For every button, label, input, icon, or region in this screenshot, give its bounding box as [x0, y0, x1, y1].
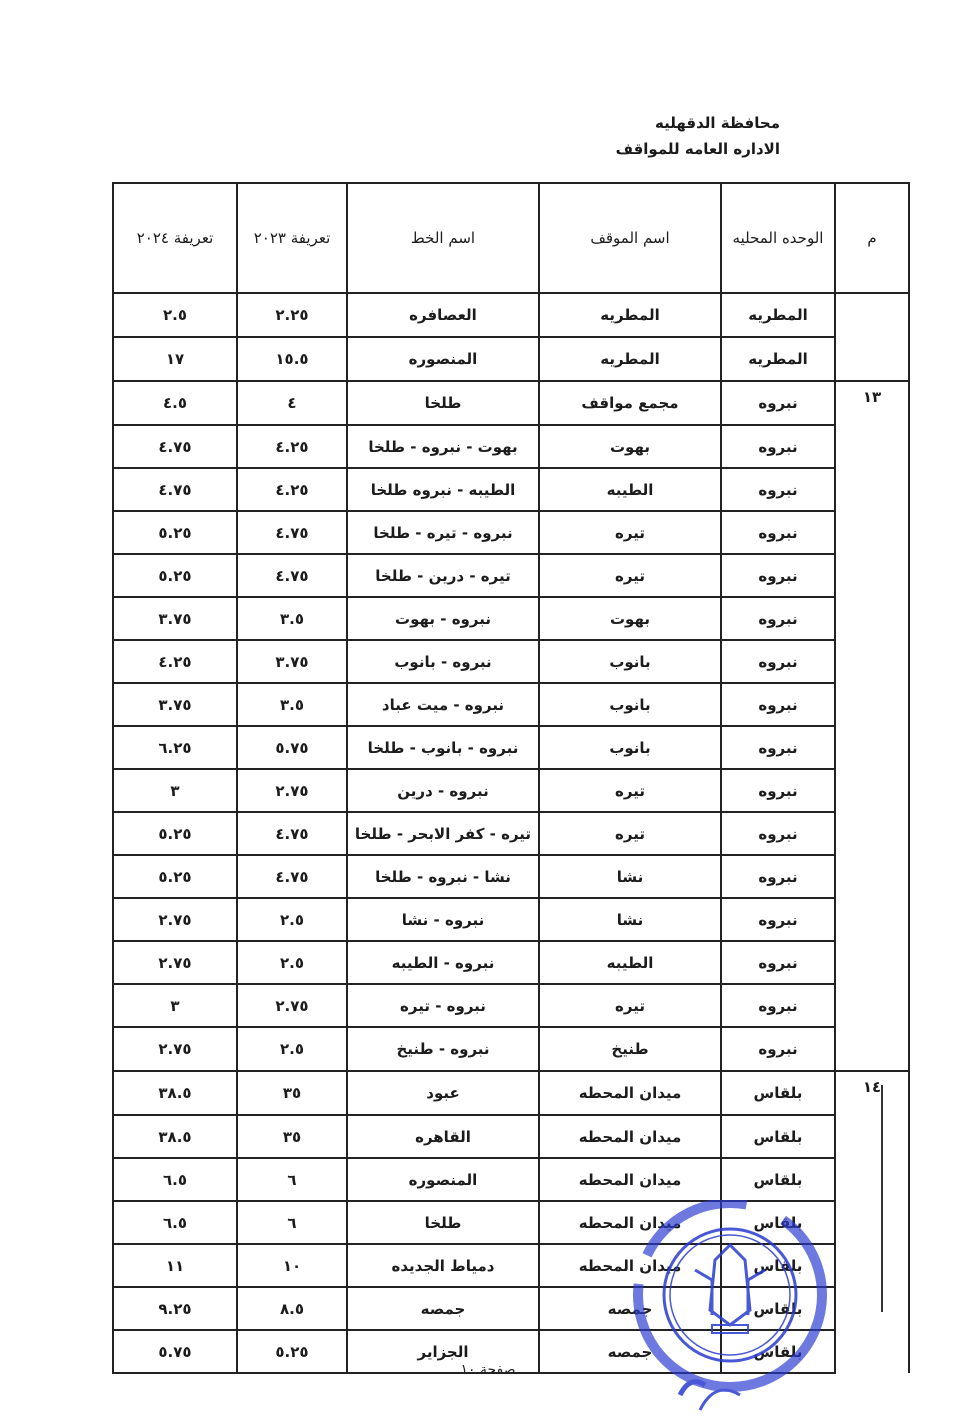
tariff-2024-cell: ٢.٧٥: [113, 941, 237, 984]
table-row: نبروهبانوبنبروه - بانوب٣.٧٥٤.٢٥: [113, 640, 909, 683]
page-number: صفحة ١٠: [0, 1362, 976, 1378]
local-unit-cell: نبروه: [721, 640, 835, 683]
row-number-cell: [835, 425, 909, 468]
tariff-2023-cell: ٣.٧٥: [237, 640, 347, 683]
table-row: بلقاسميدان المحطهطلخا٦٦.٥: [113, 1201, 909, 1244]
stop-name-cell: ميدان المحطه: [539, 1201, 721, 1244]
row-number-cell: [835, 640, 909, 683]
stop-name-cell: بانوب: [539, 683, 721, 726]
governorate-title: محافظة الدقهليه: [616, 110, 780, 136]
row-number-cell: [835, 984, 909, 1027]
tariff-2023-cell: ٤.٧٥: [237, 812, 347, 855]
col-header-line-name: اسم الخط: [347, 183, 539, 293]
stop-name-cell: المطريه: [539, 293, 721, 337]
table-row: نبروهبانوبنبروه - بانوب - طلخا٥.٧٥٦.٢٥: [113, 726, 909, 769]
line-name-cell: تيره - كفر الابحر - طلخا: [347, 812, 539, 855]
tariff-2023-cell: ٣.٥: [237, 597, 347, 640]
row-number-cell: [835, 683, 909, 726]
local-unit-cell: نبروه: [721, 984, 835, 1027]
stop-name-cell: بانوب: [539, 726, 721, 769]
tariff-2023-cell: ٤.٧٥: [237, 511, 347, 554]
line-name-cell: نبروه - نشا: [347, 898, 539, 941]
row-number-cell: ١٤: [835, 1071, 909, 1115]
col-header-local-unit: الوحده المحليه: [721, 183, 835, 293]
tariff-2023-cell: ٢.٥: [237, 941, 347, 984]
row-number-cell: [835, 812, 909, 855]
table-row: بلقاسميدان المحطهالمنصوره٦٦.٥: [113, 1158, 909, 1201]
stop-name-cell: تيره: [539, 511, 721, 554]
stop-name-cell: مجمع مواقف: [539, 381, 721, 425]
tariff-2023-cell: ٤.٧٥: [237, 554, 347, 597]
table-row: نبروهطنيخنبروه - طنيخ٢.٥٢.٧٥: [113, 1027, 909, 1071]
tariff-2024-cell: ٦.٥: [113, 1201, 237, 1244]
row-number-cell: [835, 855, 909, 898]
stop-name-cell: بهوت: [539, 597, 721, 640]
line-name-cell: نبروه - بانوب: [347, 640, 539, 683]
local-unit-cell: نبروه: [721, 683, 835, 726]
local-unit-cell: بلقاس: [721, 1158, 835, 1201]
row-number-cell: [835, 511, 909, 554]
table-header-row: م الوحده المحليه اسم الموقف اسم الخط تعر…: [113, 183, 909, 293]
line-name-cell: طلخا: [347, 1201, 539, 1244]
local-unit-cell: بلقاس: [721, 1201, 835, 1244]
row-number-cell: [835, 337, 909, 381]
tariff-2023-cell: ٨.٥: [237, 1287, 347, 1330]
stop-name-cell: تيره: [539, 984, 721, 1027]
line-name-cell: القاهره: [347, 1115, 539, 1158]
line-name-cell: نبروه - ميت عباد: [347, 683, 539, 726]
row-number-cell: ١٣: [835, 381, 909, 425]
tariff-2023-cell: ٢.٥: [237, 898, 347, 941]
stop-name-cell: تيره: [539, 769, 721, 812]
local-unit-cell: بلقاس: [721, 1244, 835, 1287]
stop-name-cell: جمصه: [539, 1287, 721, 1330]
local-unit-cell: نبروه: [721, 855, 835, 898]
stop-name-cell: المطريه: [539, 337, 721, 381]
stop-name-cell: بهوت: [539, 425, 721, 468]
tariff-2023-cell: ٥.٧٥: [237, 726, 347, 769]
stop-name-cell: ميدان المحطه: [539, 1158, 721, 1201]
row-number-cell: [835, 468, 909, 511]
local-unit-cell: المطريه: [721, 293, 835, 337]
tariff-2024-cell: ٣٨.٥: [113, 1115, 237, 1158]
line-name-cell: الطيبه - نبروه طلخا: [347, 468, 539, 511]
table-row: نبروهتيرهنبروه - درين٢.٧٥٣: [113, 769, 909, 812]
line-name-cell: عبود: [347, 1071, 539, 1115]
local-unit-cell: بلقاس: [721, 1071, 835, 1115]
row-number-cell: [835, 898, 909, 941]
tariff-2024-cell: ٣: [113, 984, 237, 1027]
tariff-2024-cell: ٥.٢٥: [113, 554, 237, 597]
stop-name-cell: طنيخ: [539, 1027, 721, 1071]
stop-name-cell: الطيبه: [539, 941, 721, 984]
line-name-cell: نبروه - طنيخ: [347, 1027, 539, 1071]
department-title: الاداره العامه للمواقف: [616, 136, 780, 162]
tariff-2023-cell: ٣٥: [237, 1071, 347, 1115]
line-name-cell: جمصه: [347, 1287, 539, 1330]
row-number-cell: [835, 293, 909, 337]
local-unit-cell: المطريه: [721, 337, 835, 381]
stop-name-cell: تيره: [539, 554, 721, 597]
local-unit-cell: نبروه: [721, 1027, 835, 1071]
tariff-2024-cell: ٣٨.٥: [113, 1071, 237, 1115]
local-unit-cell: نبروه: [721, 468, 835, 511]
row-number-cell: [835, 1158, 909, 1201]
tariff-2024-cell: ٦.٥: [113, 1158, 237, 1201]
tariff-2024-cell: ٢.٥: [113, 293, 237, 337]
tariff-2024-cell: ٣: [113, 769, 237, 812]
row-number-cell: [835, 1201, 909, 1244]
row-number-cell: [835, 1115, 909, 1158]
stop-name-cell: ميدان المحطه: [539, 1071, 721, 1115]
line-name-cell: بهوت - نبروه - طلخا: [347, 425, 539, 468]
table-row: نبروهتيرهتيره - درين - طلخا٤.٧٥٥.٢٥: [113, 554, 909, 597]
tariff-2024-cell: ٩.٢٥: [113, 1287, 237, 1330]
stop-name-cell: تيره: [539, 812, 721, 855]
local-unit-cell: نبروه: [721, 769, 835, 812]
line-name-cell: العصافره: [347, 293, 539, 337]
tariff-2023-cell: ٣.٥: [237, 683, 347, 726]
tariff-2023-cell: ٤.٢٥: [237, 468, 347, 511]
table-row: نبروهبهوتنبروه - بهوت٣.٥٣.٧٥: [113, 597, 909, 640]
tariff-2024-cell: ٦.٢٥: [113, 726, 237, 769]
stop-name-cell: بانوب: [539, 640, 721, 683]
col-header-number: م: [835, 183, 909, 293]
row-number-cell: [835, 941, 909, 984]
line-name-cell: نبروه - درين: [347, 769, 539, 812]
tariff-2024-cell: ٤.٧٥: [113, 468, 237, 511]
table-row: المطريهالمطريهالمنصوره١٥.٥١٧: [113, 337, 909, 381]
row-number-cell: [835, 726, 909, 769]
table-row: بلقاسميدان المحطهدمياط الجديده١٠١١: [113, 1244, 909, 1287]
row-number-cell: [835, 554, 909, 597]
tariff-2023-cell: ٢.٥: [237, 1027, 347, 1071]
line-name-cell: تيره - درين - طلخا: [347, 554, 539, 597]
tariff-2023-cell: ٤.٧٥: [237, 855, 347, 898]
local-unit-cell: نبروه: [721, 511, 835, 554]
col-header-tariff-2023: تعريفة ٢٠٢٣: [237, 183, 347, 293]
tariff-2023-cell: ٢.٧٥: [237, 769, 347, 812]
local-unit-cell: نبروه: [721, 726, 835, 769]
tariff-2023-cell: ١٥.٥: [237, 337, 347, 381]
local-unit-cell: نبروه: [721, 898, 835, 941]
tariff-2023-cell: ٤.٢٥: [237, 425, 347, 468]
tariff-2024-cell: ١٧: [113, 337, 237, 381]
tariff-2023-cell: ٣٥: [237, 1115, 347, 1158]
tariff-2023-cell: ٢.٧٥: [237, 984, 347, 1027]
stop-name-cell: ميدان المحطه: [539, 1244, 721, 1287]
table-row: نبروهتيرهنبروه - تيره٢.٧٥٣: [113, 984, 909, 1027]
line-name-cell: نبروه - تيره: [347, 984, 539, 1027]
line-name-cell: نشا - نبروه - طلخا: [347, 855, 539, 898]
row-number-cell: [835, 1287, 909, 1330]
line-name-cell: نبروه - بهوت: [347, 597, 539, 640]
tariff-2023-cell: ٤: [237, 381, 347, 425]
tariff-2023-cell: ٦: [237, 1158, 347, 1201]
table-row: ١٤بلقاسميدان المحطهعبود٣٥٣٨.٥: [113, 1071, 909, 1115]
line-name-cell: نبروه - الطيبه: [347, 941, 539, 984]
table-row: نبروهنشانشا - نبروه - طلخا٤.٧٥٥.٢٥: [113, 855, 909, 898]
stop-name-cell: نشا: [539, 855, 721, 898]
document-header: محافظة الدقهليه الاداره العامه للمواقف: [616, 110, 780, 162]
row-number-cell: [835, 1244, 909, 1287]
table-row: بلقاسجمصهجمصه٨.٥٩.٢٥: [113, 1287, 909, 1330]
tariff-2024-cell: ٤.٢٥: [113, 640, 237, 683]
tariff-2024-cell: ٢.٧٥: [113, 898, 237, 941]
local-unit-cell: نبروه: [721, 812, 835, 855]
table-row: نبروهالطيبهالطيبه - نبروه طلخا٤.٢٥٤.٧٥: [113, 468, 909, 511]
table-row: نبروهنشانبروه - نشا٢.٥٢.٧٥: [113, 898, 909, 941]
tariff-2023-cell: ٢.٢٥: [237, 293, 347, 337]
local-unit-cell: نبروه: [721, 425, 835, 468]
local-unit-cell: بلقاس: [721, 1115, 835, 1158]
tariff-2024-cell: ٣.٧٥: [113, 683, 237, 726]
line-name-cell: المنصوره: [347, 337, 539, 381]
local-unit-cell: نبروه: [721, 554, 835, 597]
table-row: نبروهالطيبهنبروه - الطيبه٢.٥٢.٧٥: [113, 941, 909, 984]
line-name-cell: طلخا: [347, 381, 539, 425]
local-unit-cell: نبروه: [721, 941, 835, 984]
stop-name-cell: الطيبه: [539, 468, 721, 511]
tariff-2024-cell: ٤.٥: [113, 381, 237, 425]
table-row: نبروهتيرهنبروه - تيره - طلخا٤.٧٥٥.٢٥: [113, 511, 909, 554]
row-number-cell: [835, 597, 909, 640]
row-number-cell: [835, 1027, 909, 1071]
tariff-2024-cell: ٣.٧٥: [113, 597, 237, 640]
table-row: ١٣نبروهمجمع مواقفطلخا٤٤.٥: [113, 381, 909, 425]
margin-line: [881, 1085, 883, 1312]
tariff-2024-cell: ٥.٢٥: [113, 812, 237, 855]
line-name-cell: نبروه - بانوب - طلخا: [347, 726, 539, 769]
table-row: نبروهبهوتبهوت - نبروه - طلخا٤.٢٥٤.٧٥: [113, 425, 909, 468]
local-unit-cell: بلقاس: [721, 1287, 835, 1330]
tariff-2023-cell: ٦: [237, 1201, 347, 1244]
tariff-2024-cell: ٥.٢٥: [113, 511, 237, 554]
row-number-cell: [835, 769, 909, 812]
table-row: نبروهتيرهتيره - كفر الابحر - طلخا٤.٧٥٥.٢…: [113, 812, 909, 855]
tariff-table: م الوحده المحليه اسم الموقف اسم الخط تعر…: [112, 182, 910, 1374]
tariff-2024-cell: ٢.٧٥: [113, 1027, 237, 1071]
col-header-tariff-2024: تعريفة ٢٠٢٤: [113, 183, 237, 293]
tariff-2024-cell: ١١: [113, 1244, 237, 1287]
local-unit-cell: نبروه: [721, 597, 835, 640]
col-header-stop-name: اسم الموقف: [539, 183, 721, 293]
table-row: المطريهالمطريهالعصافره٢.٢٥٢.٥: [113, 293, 909, 337]
line-name-cell: نبروه - تيره - طلخا: [347, 511, 539, 554]
line-name-cell: المنصوره: [347, 1158, 539, 1201]
tariff-2023-cell: ١٠: [237, 1244, 347, 1287]
table-row: نبروهبانوبنبروه - ميت عباد٣.٥٣.٧٥: [113, 683, 909, 726]
stop-name-cell: نشا: [539, 898, 721, 941]
table-row: بلقاسميدان المحطهالقاهره٣٥٣٨.٥: [113, 1115, 909, 1158]
line-name-cell: دمياط الجديده: [347, 1244, 539, 1287]
stop-name-cell: ميدان المحطه: [539, 1115, 721, 1158]
tariff-2024-cell: ٥.٢٥: [113, 855, 237, 898]
local-unit-cell: نبروه: [721, 381, 835, 425]
tariff-2024-cell: ٤.٧٥: [113, 425, 237, 468]
